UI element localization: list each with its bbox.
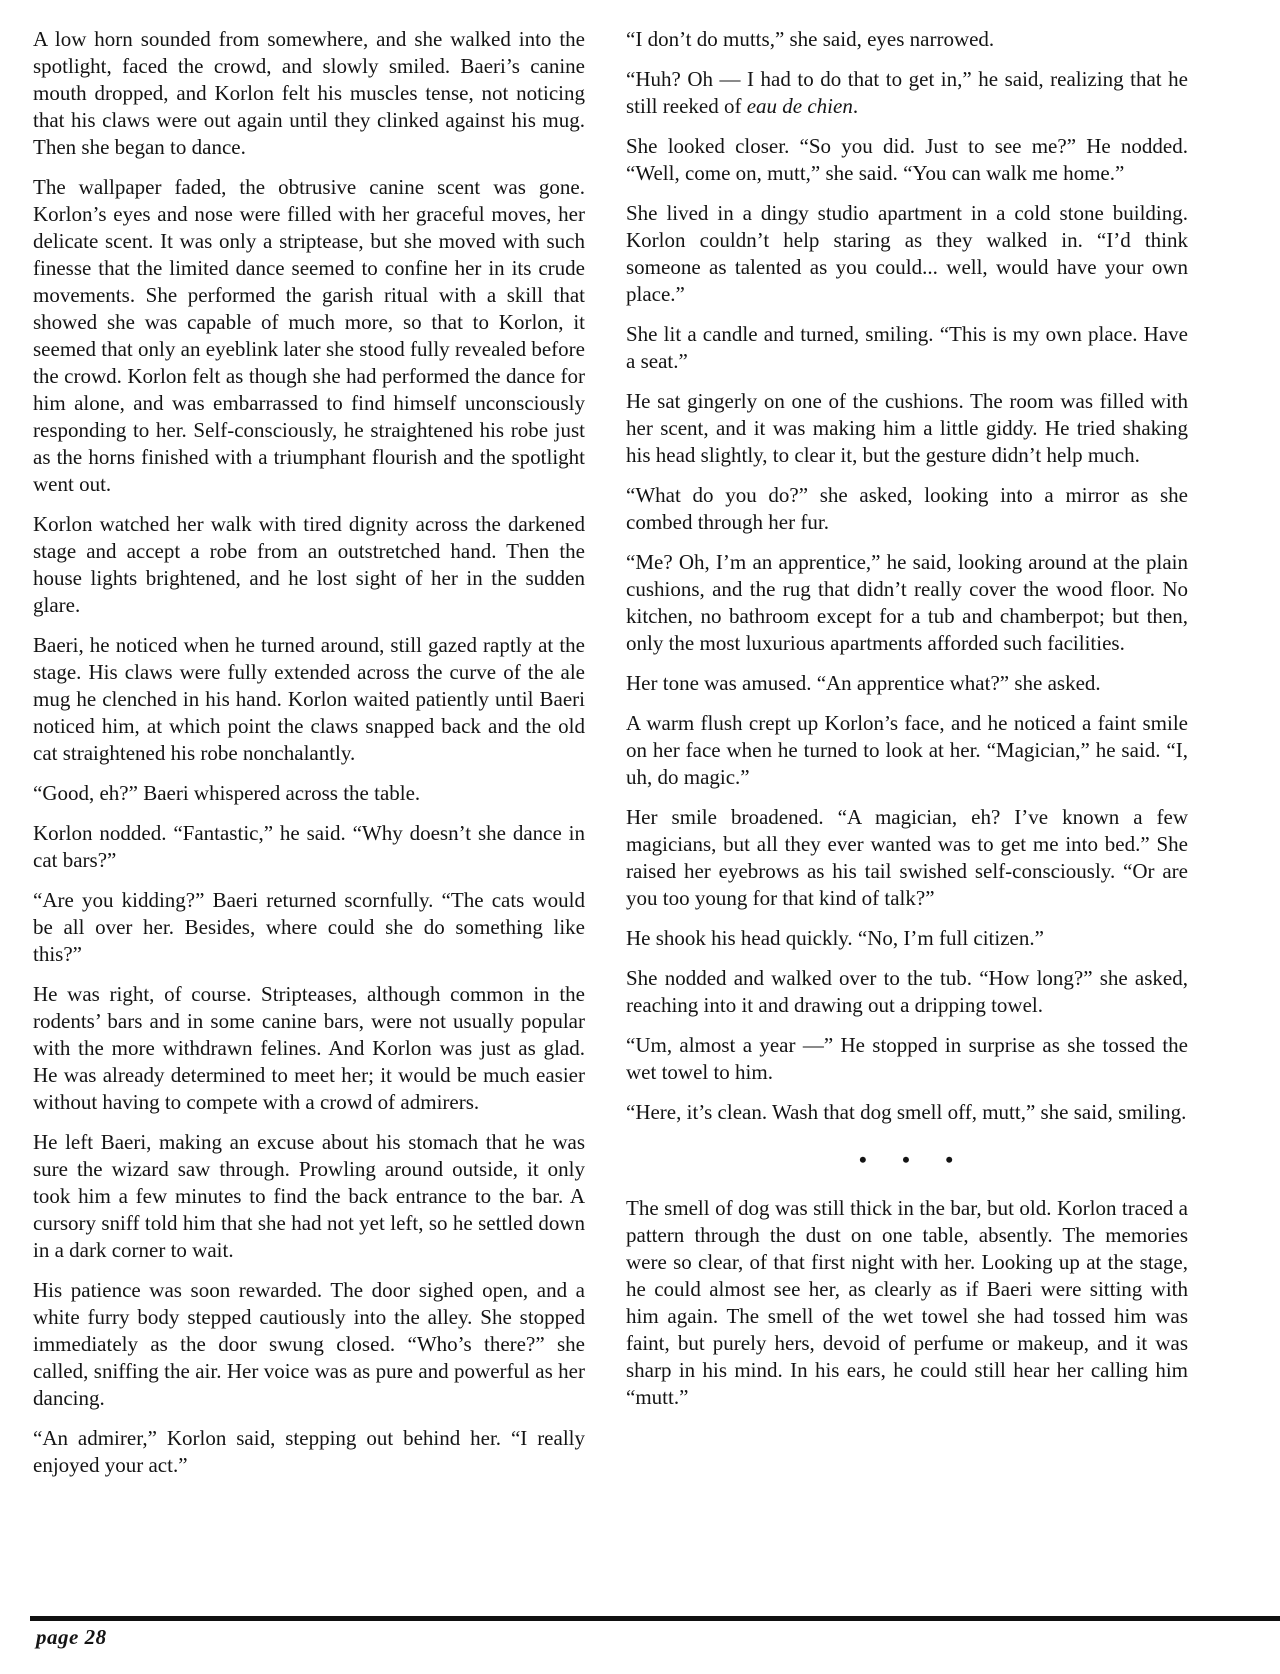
left-column: A low horn sounded from somewhere, and s… (33, 26, 585, 1492)
story-paragraph: The smell of dog was still thick in the … (626, 1195, 1188, 1411)
story-paragraph: Korlon nodded. “Fantastic,” he said. “Wh… (33, 820, 585, 874)
footer: page 28 (0, 1616, 1280, 1650)
footer-rule (30, 1616, 1280, 1621)
story-paragraph: His patience was soon rewarded. The door… (33, 1277, 585, 1412)
story-paragraph: He sat gingerly on one of the cushions. … (626, 388, 1188, 469)
story-paragraph: She lived in a dingy studio apartment in… (626, 200, 1188, 308)
story-paragraph: “Huh? Oh — I had to do that to get in,” … (626, 66, 1188, 120)
story-paragraph: “Good, eh?” Baeri whispered across the t… (33, 780, 585, 807)
story-paragraph: “An admirer,” Korlon said, stepping out … (33, 1425, 585, 1479)
story-paragraph: Her tone was amused. “An apprentice what… (626, 670, 1188, 697)
story-paragraph: A low horn sounded from somewhere, and s… (33, 26, 585, 161)
story-paragraph: She looked closer. “So you did. Just to … (626, 133, 1188, 187)
story-paragraph: “What do you do?” she asked, looking int… (626, 482, 1188, 536)
story-paragraph: “Are you kidding?” Baeri returned scornf… (33, 887, 585, 968)
story-paragraph: He shook his head quickly. “No, I’m full… (626, 925, 1188, 952)
right-column: “I don’t do mutts,” she said, eyes narro… (626, 26, 1188, 1424)
story-paragraph: Baeri, he noticed when he turned around,… (33, 632, 585, 767)
story-paragraph: A warm flush crept up Korlon’s face, and… (626, 710, 1188, 791)
story-page: A low horn sounded from somewhere, and s… (0, 0, 1280, 1674)
story-paragraph: The wallpaper faded, the obtrusive canin… (33, 174, 585, 498)
scene-break-ornament: • • • (626, 1146, 1188, 1173)
story-paragraph: He left Baeri, making an excuse about hi… (33, 1129, 585, 1264)
page-number: page 28 (36, 1625, 1280, 1650)
story-paragraph: She nodded and walked over to the tub. “… (626, 965, 1188, 1019)
story-paragraph: “Um, almost a year —” He stopped in surp… (626, 1032, 1188, 1086)
story-paragraph: “I don’t do mutts,” she said, eyes narro… (626, 26, 1188, 53)
story-paragraph: He was right, of course. Stripteases, al… (33, 981, 585, 1116)
story-paragraph: Her smile broadened. “A magician, eh? I’… (626, 804, 1188, 912)
story-paragraph: She lit a candle and turned, smiling. “T… (626, 321, 1188, 375)
story-paragraph: “Here, it’s clean. Wash that dog smell o… (626, 1099, 1188, 1126)
story-paragraph: Korlon watched her walk with tired digni… (33, 511, 585, 619)
story-paragraph: “Me? Oh, I’m an apprentice,” he said, lo… (626, 549, 1188, 657)
